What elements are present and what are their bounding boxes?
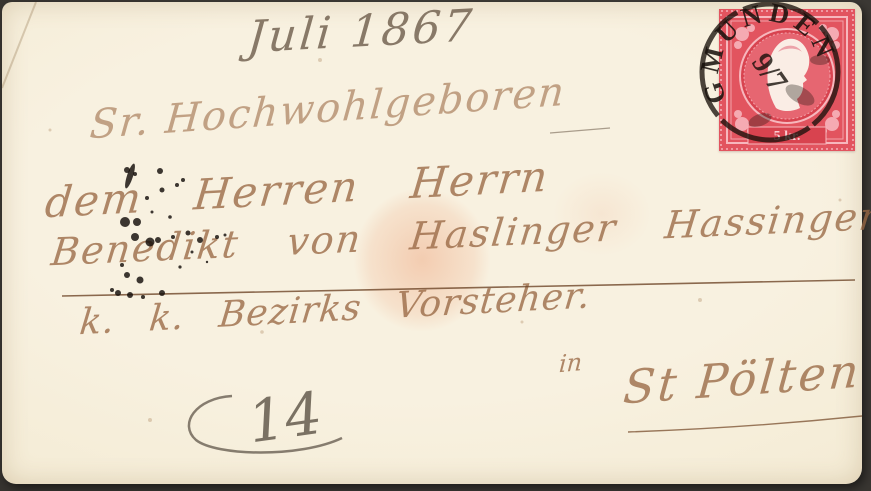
- address-rule-line: [62, 280, 855, 296]
- address-preposition: in: [558, 348, 583, 378]
- ink-splatter: [110, 163, 227, 299]
- address-name-line: Benedikt von Haslinger Hassingen: [49, 194, 871, 275]
- destination-underline: [628, 416, 862, 432]
- address-title-line: k. k. Bezirks Vorsteher.: [78, 275, 593, 343]
- pencil-date-annotation: Juli 1867: [246, 0, 477, 63]
- registry-number-swoosh: [189, 396, 342, 453]
- photo-background: Juli 1867 Sr. Hochwohlgeboren dem Herren…: [0, 0, 871, 491]
- envelope: Juli 1867 Sr. Hochwohlgeboren dem Herren…: [2, 2, 862, 484]
- address-recipient-line: dem Herren Herrn: [43, 152, 552, 228]
- address-destination: St Pölten: [621, 343, 864, 414]
- postage-stamp: 5 kr.: [718, 8, 856, 152]
- stamp-graphic: 5 kr.: [718, 8, 856, 152]
- registry-mark: 14: [189, 379, 342, 457]
- address-salutation: Sr. Hochwohlgeboren: [88, 69, 568, 149]
- corner-crease: [2, 2, 36, 88]
- registry-number: 14: [244, 379, 327, 457]
- stamp-denomination: 5 kr.: [774, 129, 801, 144]
- stray-pencil-mark: [550, 128, 610, 133]
